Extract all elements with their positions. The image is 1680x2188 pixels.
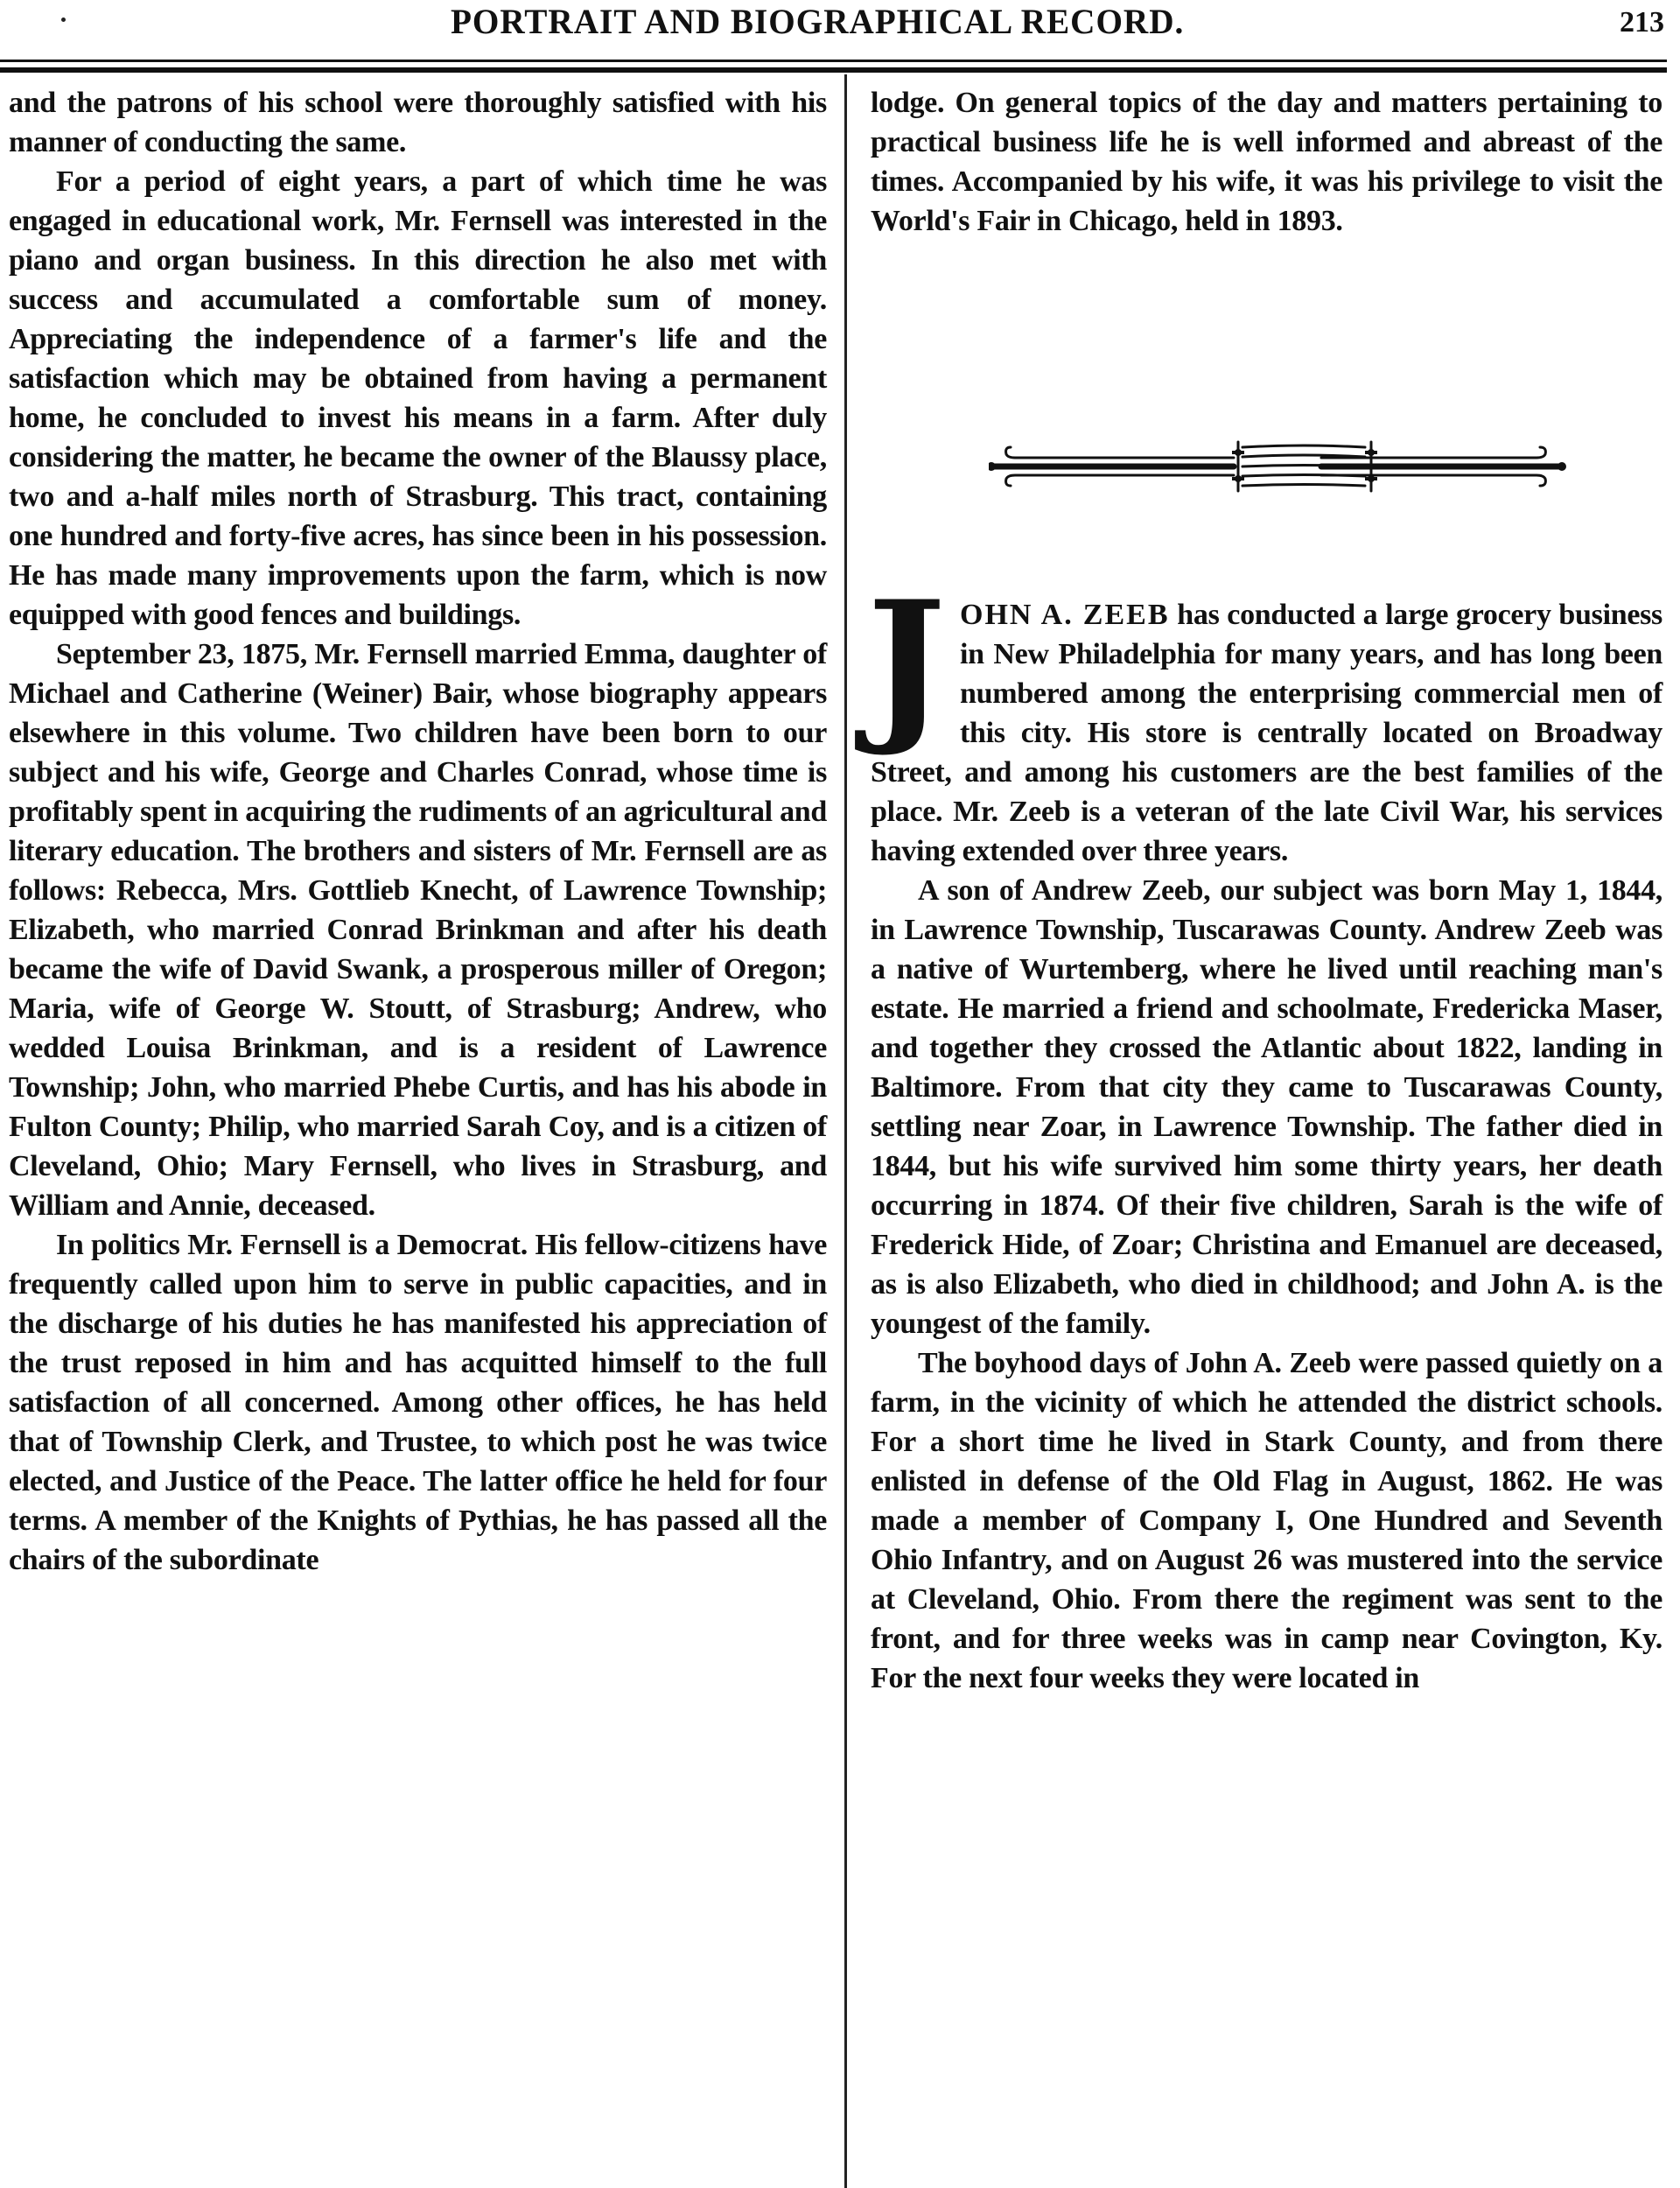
paragraph: For a period of eight years, a part of w… (9, 162, 827, 635)
running-title: PORTRAIT AND BIOGRAPHICAL RECORD. (451, 2, 1184, 42)
paragraph-continuation: lodge. On general topics of the day and … (871, 83, 1662, 241)
drop-cap: J (867, 597, 948, 728)
paragraph-continuation: and the patrons of his school were thoro… (9, 83, 827, 162)
paragraph: In politics Mr. Fernsell is a Democrat. … (9, 1225, 827, 1580)
page-header: PORTRAIT AND BIOGRAPHICAL RECORD. 213 (0, 0, 1680, 54)
biography-lead-paragraph: JOHN A. ZEEB has conducted a large groce… (871, 595, 1662, 871)
paragraph: The boyhood days of John A. Zeeb were pa… (871, 1343, 1662, 1698)
paragraph: September 23, 1875, Mr. Fernsell married… (9, 635, 827, 1225)
right-column: lodge. On general topics of the day and … (871, 83, 1662, 1698)
stray-mark (61, 18, 66, 22)
subject-name: OHN A. ZEEB (960, 599, 1170, 631)
header-rule-thin (0, 60, 1667, 62)
decorative-divider-icon (989, 440, 1566, 493)
left-column: and the patrons of his school were thoro… (9, 83, 827, 1580)
section-break-space (871, 241, 1662, 595)
header-rule-thick (0, 67, 1667, 73)
lead-text: has conducted a large grocery business i… (871, 599, 1662, 867)
column-divider (844, 74, 847, 2188)
page-number: 213 (1620, 4, 1664, 42)
paragraph: A son of Andrew Zeeb, our subject was bo… (871, 871, 1662, 1343)
